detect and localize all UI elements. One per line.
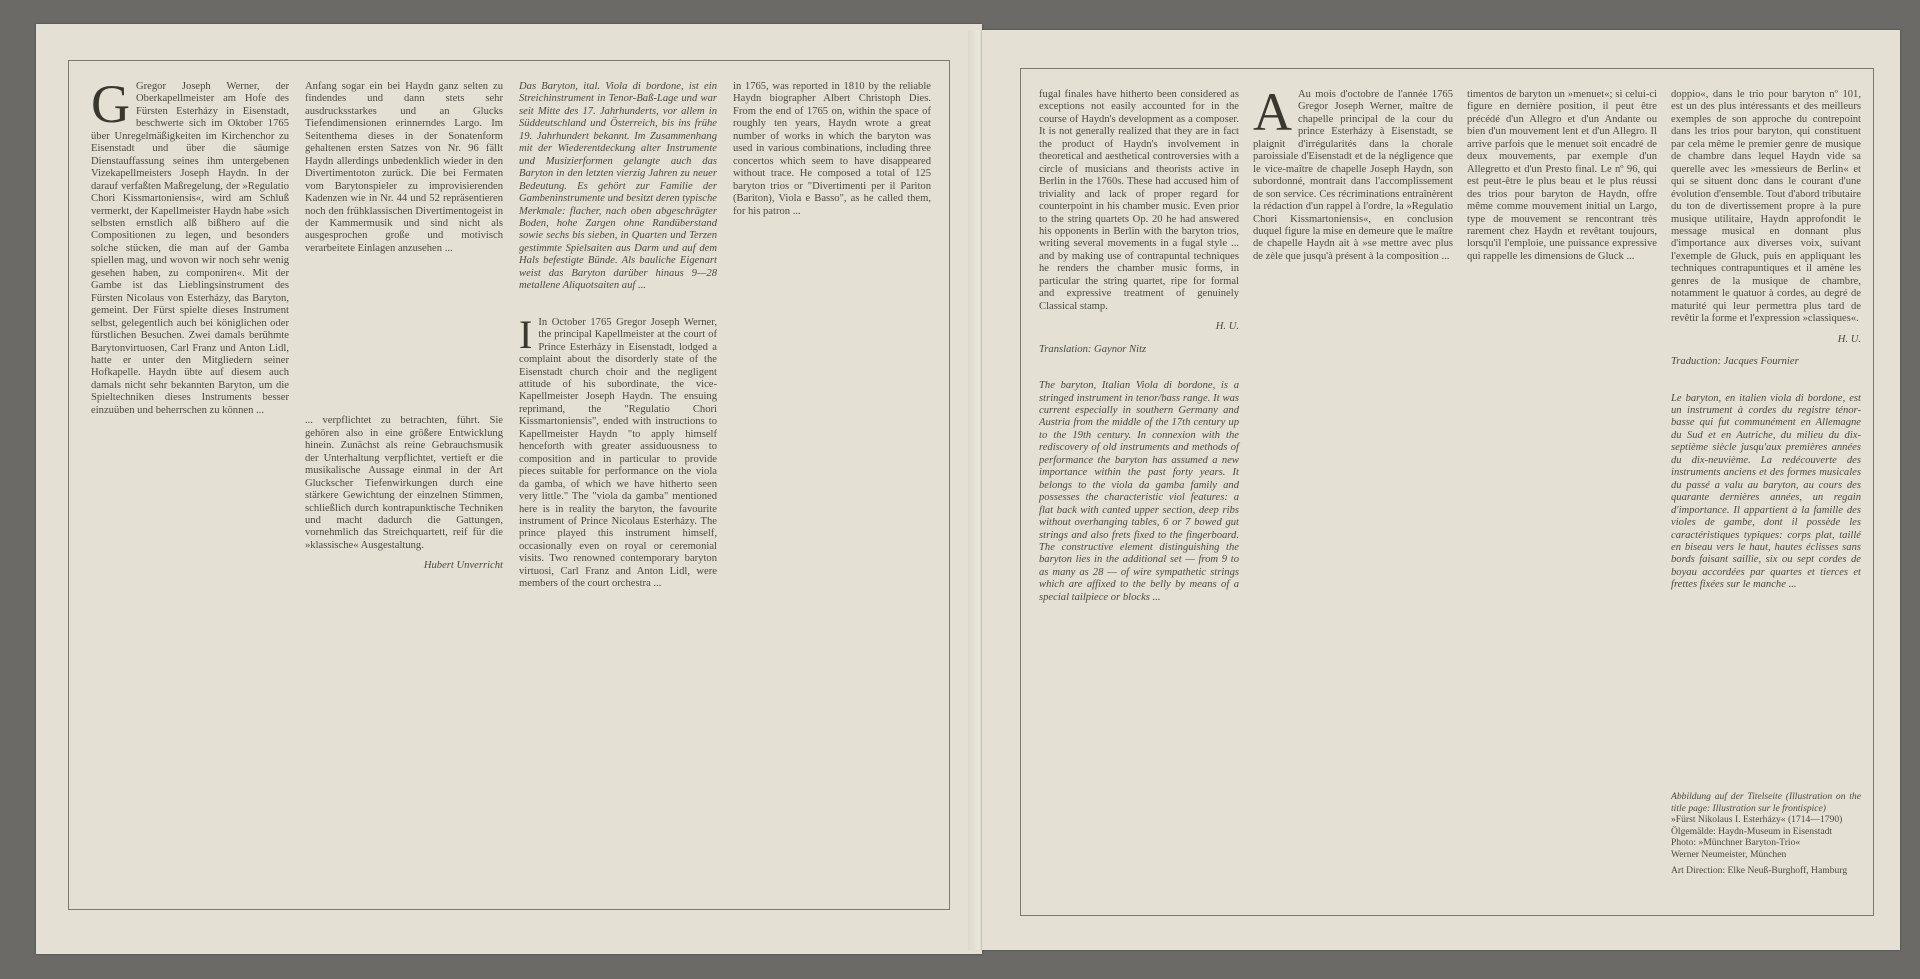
left-page-frame: GGregor Joseph Werner, der Oberkapellmei… xyxy=(68,60,950,910)
right-page-frame: fugal finales have hitherto been conside… xyxy=(1020,68,1874,916)
french-col2: timentos de baryton un »menuet«; si celu… xyxy=(1467,89,1657,263)
english-essay-col-b: in 1765, was reported in 1810 by the rel… xyxy=(733,81,931,218)
dropcap-g: G xyxy=(91,83,130,125)
french-translator: Traduction: Jacques Fournier xyxy=(1671,356,1861,368)
french-instrument-caption: Le baryton, en italien viola di bordone,… xyxy=(1671,393,1861,592)
english-continued-col: fugal finales have hitherto been conside… xyxy=(1039,89,1239,604)
german-instrument-caption: Das Baryton, ital. Viola di bordone, ist… xyxy=(519,81,717,293)
german-essay-col1: GGregor Joseph Werner, der Oberkapellmei… xyxy=(91,81,289,417)
credits-block: Abbildung auf der Titelseite (Illustrati… xyxy=(1671,791,1861,877)
right-page: fugal finales have hitherto been conside… xyxy=(982,30,1900,950)
french-col3: doppio«, dans le trio pour baryton nº 10… xyxy=(1671,89,1861,592)
dropcap-i: I xyxy=(519,319,532,351)
dropcap-a: A xyxy=(1253,91,1292,133)
french-signature: H. U. xyxy=(1671,334,1861,346)
english-signature: H. U. xyxy=(1039,321,1239,333)
german-signature: Hubert Unverricht xyxy=(305,560,503,572)
english-translator: Translation: Gaynor Nitz xyxy=(1039,344,1239,356)
french-col1: AAu mois d'octobre de l'année 1765 Grego… xyxy=(1253,89,1453,263)
english-instrument-caption: The baryton, Italian Viola di bordone, i… xyxy=(1039,380,1239,604)
left-page: GGregor Joseph Werner, der Oberkapellmei… xyxy=(36,24,982,954)
german-essay-col2: Anfang sogar ein bei Haydn ganz selten z… xyxy=(305,81,503,573)
german-caption-and-english-start: Das Baryton, ital. Viola di bordone, ist… xyxy=(519,81,717,591)
